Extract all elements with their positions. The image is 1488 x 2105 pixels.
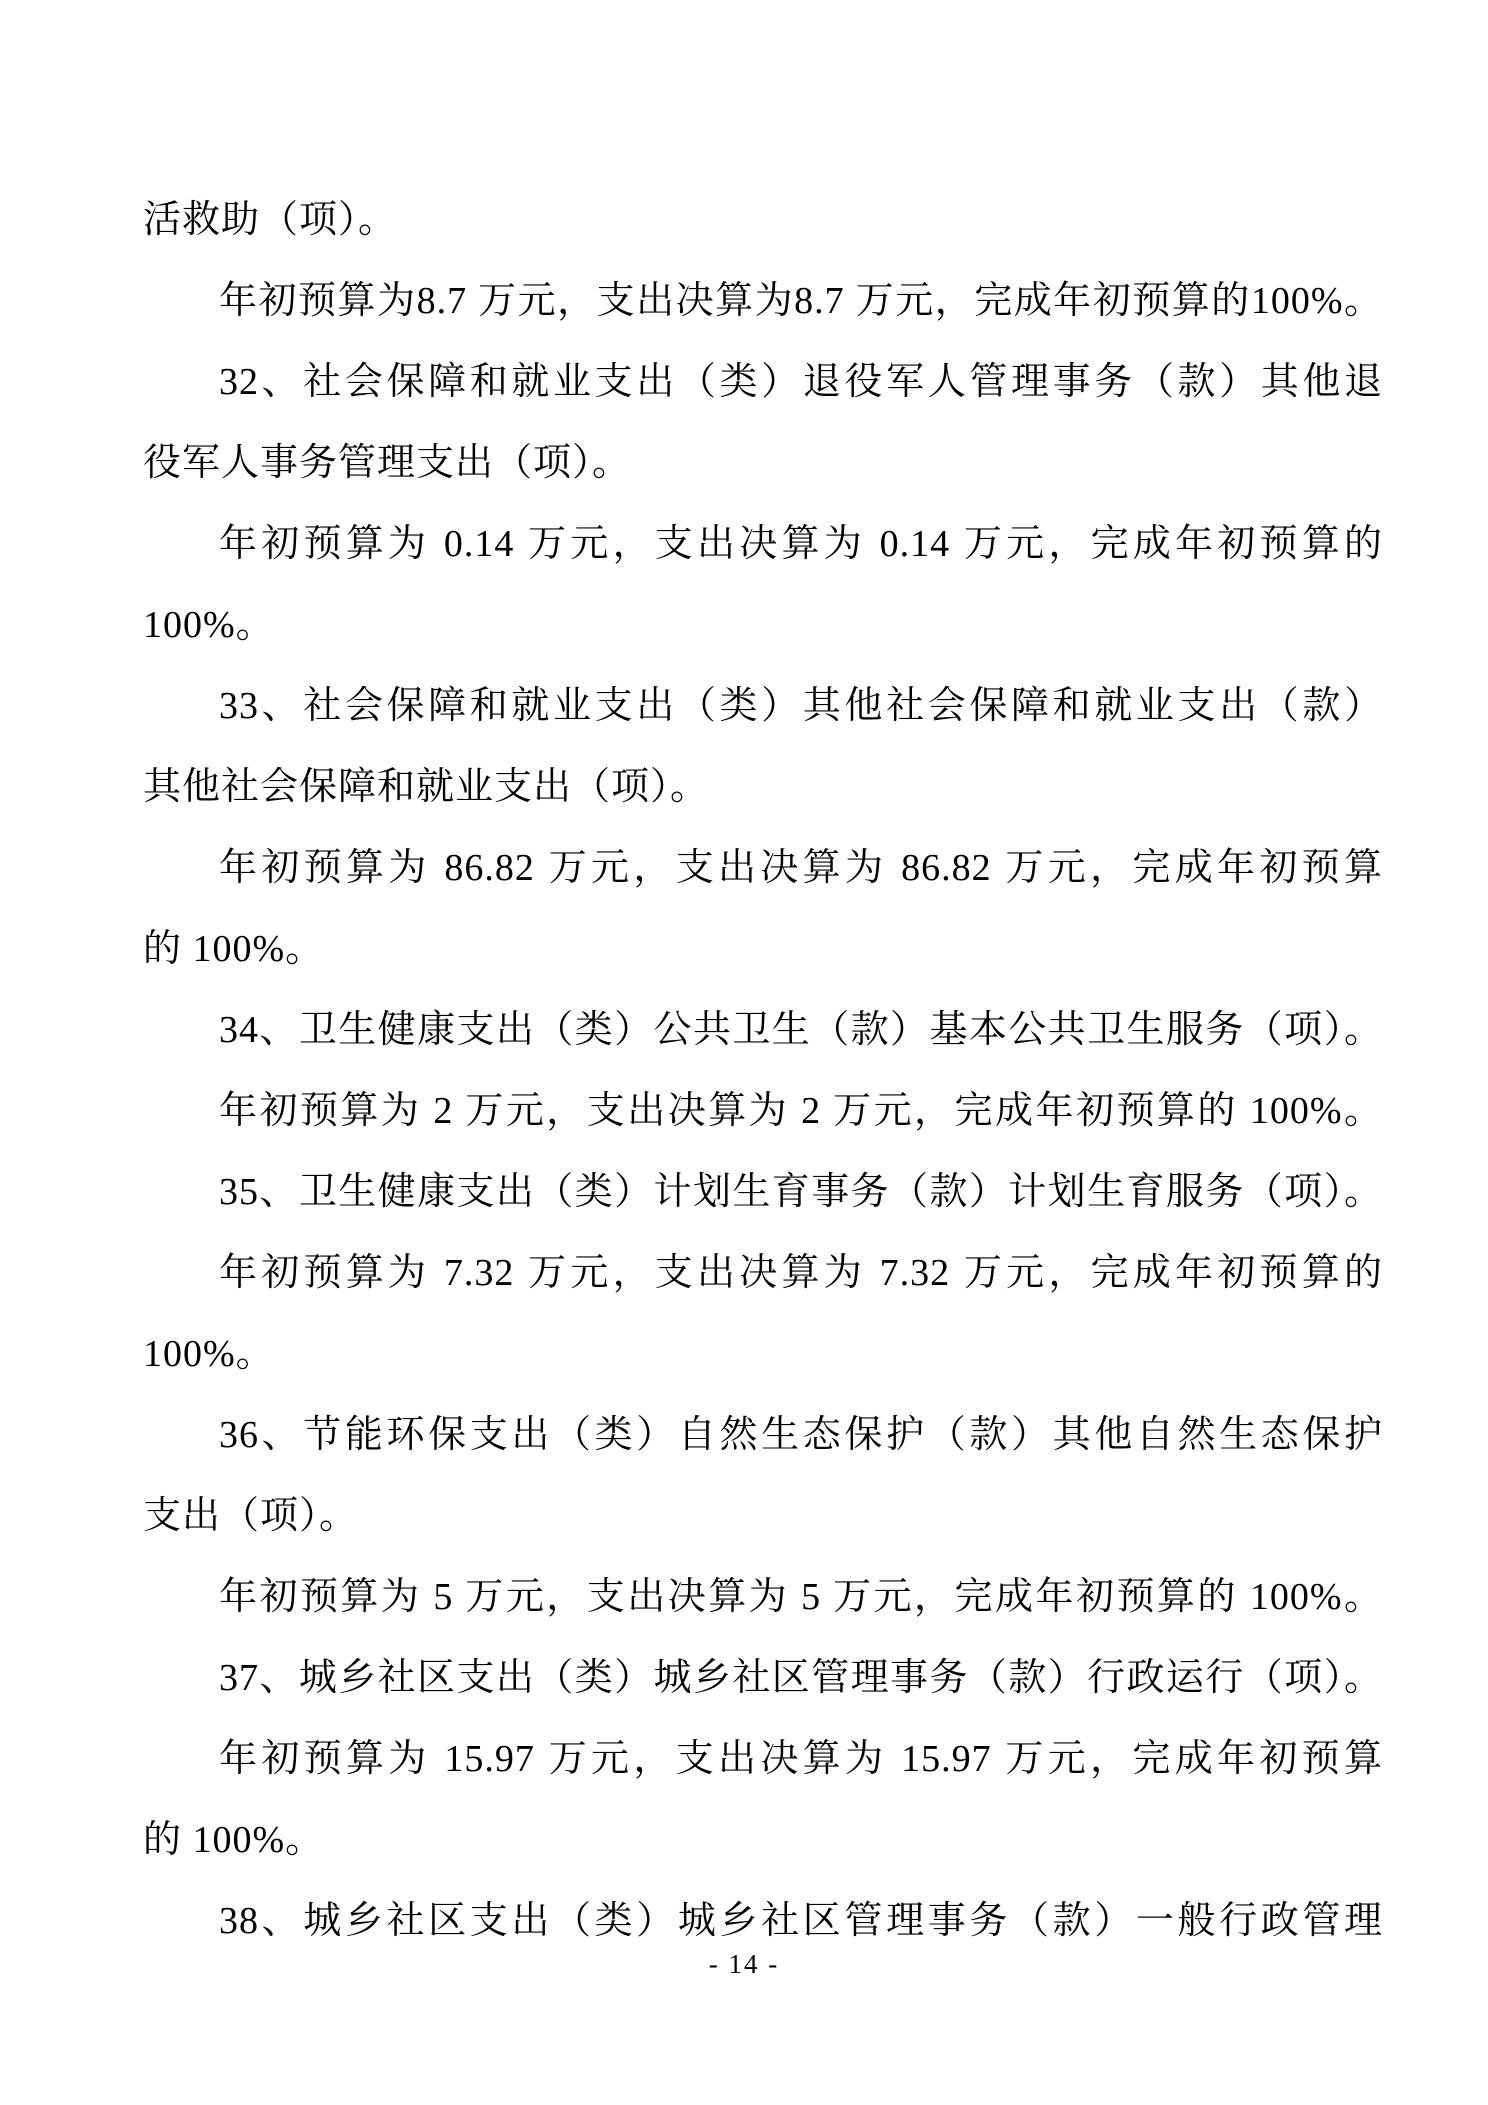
text-line: 36、节能环保支出（类）自然生态保护（款）其他自然生态保护 (143, 1395, 1383, 1476)
text-line: 100%。 (143, 1314, 1383, 1395)
text-line: 100%。 (143, 585, 1383, 666)
text-line: 32、社会保障和就业支出（类）退役军人管理事务（款）其他退 (143, 342, 1383, 423)
text-line: 年初预算为 2 万元，支出决算为 2 万元，完成年初预算的 100%。 (143, 1071, 1383, 1152)
text-line: 役军人事务管理支出（项）。 (143, 423, 1383, 504)
text-line: 年初预算为 5 万元，支出决算为 5 万元，完成年初预算的 100%。 (143, 1557, 1383, 1638)
text-line: 年初预算为 0.14 万元，支出决算为 0.14 万元，完成年初预算的 (143, 504, 1383, 585)
text-line: 年初预算为8.7 万元，支出决算为8.7 万元，完成年初预算的100%。 (143, 261, 1383, 342)
document-page: 活救助（项）。年初预算为8.7 万元，支出决算为8.7 万元，完成年初预算的10… (0, 0, 1488, 2105)
document-text: 活救助（项）。年初预算为8.7 万元，支出决算为8.7 万元，完成年初预算的10… (143, 180, 1383, 1962)
text-line: 活救助（项）。 (143, 180, 1383, 261)
text-line: 的 100%。 (143, 1800, 1383, 1881)
text-line: 34、卫生健康支出（类）公共卫生（款）基本公共卫生服务（项）。 (143, 990, 1383, 1071)
text-line: 35、卫生健康支出（类）计划生育事务（款）计划生育服务（项）。 (143, 1152, 1383, 1233)
text-line: 37、城乡社区支出（类）城乡社区管理事务（款）行政运行（项）。 (143, 1638, 1383, 1719)
text-line: 支出（项）。 (143, 1476, 1383, 1557)
text-line: 其他社会保障和就业支出（项）。 (143, 747, 1383, 828)
text-line: 33、社会保障和就业支出（类）其他社会保障和就业支出（款） (143, 666, 1383, 747)
text-line: 年初预算为 15.97 万元，支出决算为 15.97 万元，完成年初预算 (143, 1719, 1383, 1800)
text-line: 年初预算为 7.32 万元，支出决算为 7.32 万元，完成年初预算的 (143, 1233, 1383, 1314)
page-number: - 14 - (0, 1942, 1488, 1986)
text-line: 年初预算为 86.82 万元，支出决算为 86.82 万元，完成年初预算 (143, 828, 1383, 909)
text-line: 的 100%。 (143, 909, 1383, 990)
